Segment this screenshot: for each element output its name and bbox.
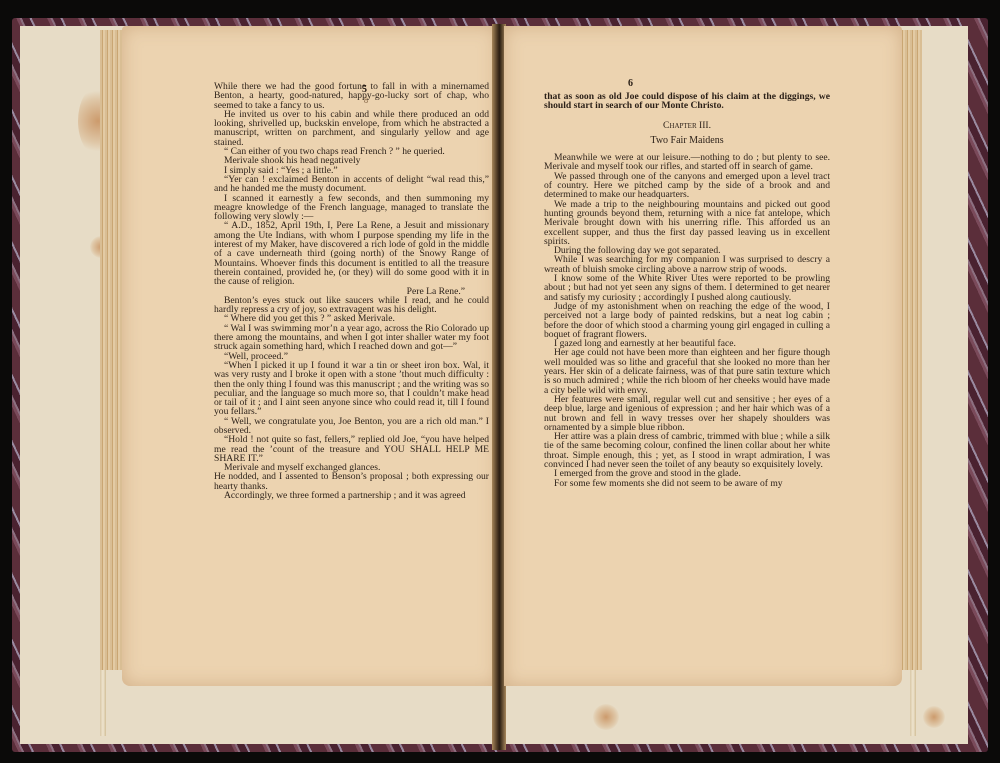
paragraph: “When I picked it up I found it war a ti… [214,361,489,417]
continuation-paragraph: that as soon as old Joe could dispose of… [544,92,830,111]
paragraph: He nodded, and I assented to Benson’s pr… [214,472,489,491]
paragraph: “Hold ! not quite so fast, fellers,” rep… [214,435,489,463]
paragraph: Her features were small, regular well cu… [544,395,830,432]
paragraph: While I was searching for my companion I… [544,255,830,274]
paragraph: For some few moments she did not seem to… [544,479,830,488]
paragraph: “ A.D., 1852, April 19th, I, Pere La Ren… [214,221,489,286]
paragraph: Accordingly, we three formed a partnersh… [214,491,489,500]
paragraph: We made a trip to the neighbouring mount… [544,200,830,246]
page-body: that as soon as old Joe could dispose of… [544,92,830,488]
paragraph: Her age could not have been more than ei… [544,348,830,394]
chapter-label: Chapter III. [544,121,830,130]
paragraph: “ Well, we congratulate you, Joe Benton,… [214,417,489,436]
right-page-edges [900,30,922,670]
page-number: 6 [628,78,633,89]
paragraph: I scanned it earnestly a few seconds, an… [214,194,489,222]
foxing-stain [923,706,945,728]
page-body: While there we had the good fortune to f… [214,82,489,500]
paragraph: “ Wal I was swimming mor’n a year ago, a… [214,324,489,352]
right-page: 6 that as soon as old Joe could dispose … [504,26,902,686]
paragraph: Meanwhile we were at our leisure.—nothin… [544,153,830,172]
paragraph: While there we had the good fortune to f… [214,82,489,110]
paragraph: We passed through one of the canyons and… [544,172,830,200]
left-page: 5 8 While there we had the good fortune … [122,26,497,686]
foxing-stain [593,704,619,730]
left-page-edges [100,30,122,670]
paragraph: “Yer can ! exclaimed Benton in accents o… [214,175,489,194]
paragraph: Her attire was a plain dress of cambric,… [544,432,830,469]
paragraph: Judge of my astonishment when on reachin… [544,302,830,339]
paragraph: I know some of the White River Utes were… [544,274,830,302]
chapter-title: Two Fair Maidens [544,136,830,145]
paragraph: He invited us over to his cabin and whil… [214,110,489,147]
paragraph: Benton’s eyes stuck out like saucers whi… [214,296,489,315]
